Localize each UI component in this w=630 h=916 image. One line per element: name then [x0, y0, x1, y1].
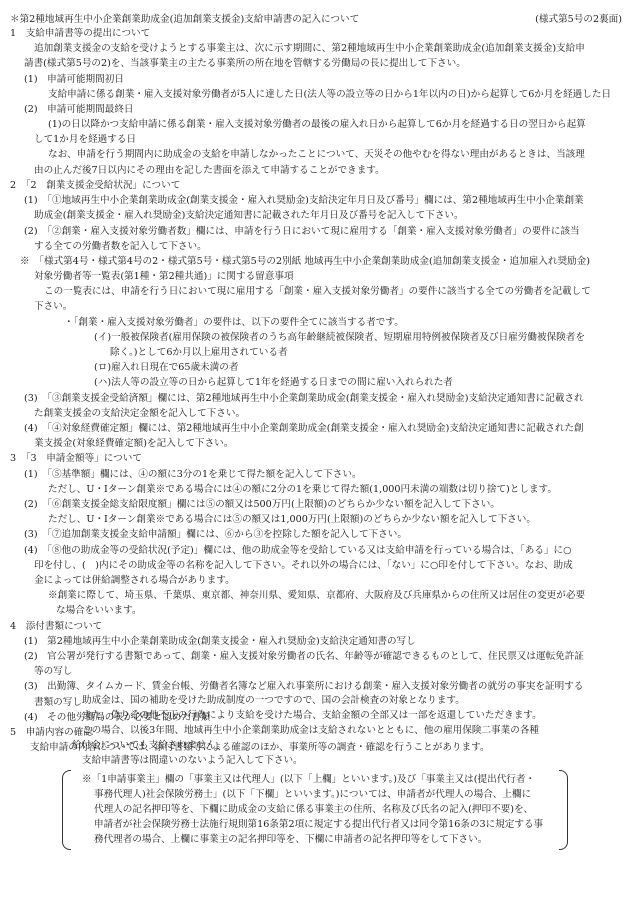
text-line: ※創業に際して、埼玉県、千葉県、東京都、神奈川県、愛知県、京都府、大阪府及び兵庫… — [48, 588, 585, 603]
text-line: して1か月を経過する日 — [34, 132, 136, 147]
text-line: 由の止んだ後7日以内にその理由を記した書面を添えて申請することができます。 — [34, 163, 385, 178]
text-line: 助成金は、国の補助を受けた助成制度の一つですので、国の会計検査の対象となります。 — [82, 693, 465, 708]
text-line: 業支援金(対象経費確定額)を記入して下さい。 — [34, 436, 233, 451]
text-line: 除く。)として6か月以上雇用されている者 — [110, 345, 288, 360]
text-line: 等の写し — [34, 664, 72, 679]
text-line: (2) 「⑥創業支援金総支給限度額」欄には⑤の額又は500万円(上限額)のどちら… — [24, 497, 500, 512]
text-line: 2 「2 創業支援金受給状況」について — [10, 178, 180, 193]
text-line: 代理人の記名押印等を、下欄に助成金の支給に係る事業主の住所、名称及び氏名の記入(… — [94, 802, 533, 817]
text-line: 印を付し、( )内にその助成金等の名称を記入して下さい。それ以外の場合には、「な… — [34, 558, 573, 573]
text-line: 追加創業支援金の支給を受けようとする事業主は、次に示す期間に、第2種地域再生中小… — [34, 41, 585, 56]
text-line: (ハ)法人等の設立等の日から起算して1年を経過する日までの間に雇い入れられた者 — [94, 375, 453, 390]
text-line: この場合、以後3年間、地域再生中小企業創業助成金は支給されないとともに、他の雇用… — [82, 723, 539, 738]
text-line: (ロ)雇入れ日現在で65歳未満の者 — [94, 360, 238, 375]
document-header: ＊第2種地域再生中小企業創業助成金(追加創業支援金)支給申請書の記入について (… — [10, 12, 622, 27]
text-line: 対象労働者等一覧表(第1種・第2種共通)」に関する留意事項 — [34, 269, 294, 284]
text-line: 助成金(創業支援金・雇入れ奨励金)支給決定通知書に記載された年月日及び番号を記入… — [34, 208, 464, 223]
right-bracket — [559, 770, 568, 850]
text-line: (2) 申請可能期間最終日 — [24, 102, 134, 117]
text-line: する全ての労働者数を記入して下さい。 — [34, 239, 207, 254]
text-line: 請書(様式第5号の2)を、当該事業主の主たる事業所の所在地を管轄する労働局の長に… — [24, 56, 466, 71]
text-line: な場合をいいます。 — [56, 603, 142, 618]
text-line: (4) 「⑧他の助成金等の受給状況(予定)」欄には、他の助成金等を受給している又… — [24, 543, 572, 558]
text-line: (1) 第2種地域再生中小企業創業助成金(創業支援金・雇入れ奨励金)支給決定通知… — [24, 634, 416, 649]
text-line: (イ)一般被保険者(雇用保険の被保険者のうち高年齢継続被保険者、短期雇用特例被保… — [94, 330, 585, 345]
text-line: この一覧表には、申請を行う日において現に雇用する「創業・雇入支援対象労働者」の要… — [44, 284, 591, 299]
left-bracket — [62, 770, 71, 850]
text-line: (1)の日以降かつ支給申請に係る創業・雇入支援対象労働者の最後の雇入れ日から起算… — [48, 117, 586, 132]
text-line: た創業支援金の支給決定金額を記入して下さい。 — [34, 406, 245, 421]
text-line: 事務代理人)社会保険労務士」(以下「下欄」といいます。)については、申請者が代理… — [94, 787, 531, 802]
text-line: 務代理者の場合、上欄に事業主の記名押印等を、下欄に申請者の記名押印等をして下さい… — [94, 832, 487, 847]
text-line: 申請者が社会保険労務士法施行規則第16条第2項に規定する提出代行者又は同令第16… — [94, 817, 543, 832]
text-line: ・「創業・雇入支援対象労働者」の要件は、以下の要件全てに該当する者です。 — [64, 315, 404, 330]
text-line: 支給申請に係る創業・雇入支援対象労働者が5人に達した日(法人等の設立等の日から1… — [48, 87, 611, 102]
text-line: (3) 「⑦追加創業支援金支給申請額」欄には、⑥から③を控除した額を記入して下さ… — [24, 527, 407, 542]
text-line: (3) 出勤簿、タイムカード、賃金台帳、労働者名簿など雇入れ事業所における創業・… — [24, 679, 583, 694]
text-line: 給付金についても支給されません。 — [72, 738, 226, 753]
text-line: 1 支給申請書等の提出について — [10, 26, 150, 41]
text-line: (1) 「⑤基準額」欄には、④の額に3分の1を乗じて得た額を記入して下さい。 — [24, 467, 362, 482]
text-line: ※ 「様式第4号・様式第4号の2・様式第5号・様式第5号の2別紙 地域再生中小企… — [20, 254, 590, 269]
text-line: 3 「3 申請金額等」について — [10, 451, 142, 466]
text-line: (4) 「④対象経費確定額」欄には、第2種地域再生中小企業創業助成金(創業支援金… — [24, 421, 584, 436]
text-line: 4 添付書類について — [10, 619, 102, 634]
text-line: 書類の写し — [34, 695, 82, 710]
text-line: 下さい。 — [34, 299, 72, 314]
text-line: (2) 「②創業・雇入支援対象労働者数」欄には、申請を行う日において現に雇用する… — [24, 224, 580, 239]
text-line: ただし、U・Iターン創業※である場合には④の額に2分の1を乗じて得た額(1,00… — [48, 482, 557, 497]
text-line: (2) 官公署が発行する書類であって、創業・雇入支援対象労働者の氏名、年齢等が確… — [24, 649, 584, 664]
text-line: ※「1申請事業主」欄の「事業主又は代理人」(以下「上欄」といいます。)及び「事業… — [82, 772, 535, 787]
form-reference: (様式第5号の2裏面) — [535, 12, 622, 27]
text-line: (3) 「③創業支援金受給済額」欄には、第2種地域再生中小企業創業助成金(創業支… — [24, 391, 584, 406]
text-line: 金によっては併給調整される場合があります。 — [34, 573, 235, 588]
text-line: (1) 申請可能期間初日 — [24, 72, 124, 87]
document-title: ＊第2種地域再生中小企業創業助成金(追加創業支援金)支給申請書の記入について — [10, 14, 359, 25]
text-line: なお、申請を行う期間内に助成金の支給を申請しなかったことについて、天災その他やむ… — [48, 147, 585, 162]
text-line: 支給申請書等は間違いのないよう記入して下さい。 — [82, 753, 303, 768]
text-line: (1) 「①地域再生中小企業創業助成金(創業支援金・雇入れ奨励金)支給決定年月日… — [24, 193, 584, 208]
text-line: また、偽りその他不正の行為により支給を受けた場合、支給金額の全部又は一部を返還し… — [82, 708, 542, 723]
text-line: ただし、U・Iターン創業※である場合には⑤の額又は1,000万円(上限額)のどち… — [48, 512, 536, 527]
